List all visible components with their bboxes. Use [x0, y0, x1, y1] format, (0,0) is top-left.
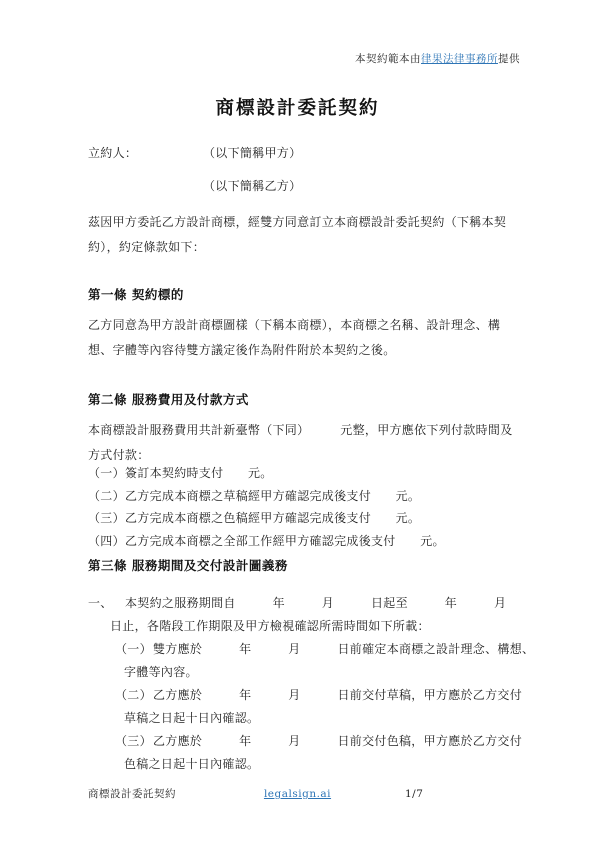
schedule-item-3-number: （三） — [115, 734, 153, 749]
preamble-line-1: 茲因甲方委託乙方設計商標，經雙方同意訂立本商標設計委託契約（下稱本契 — [88, 215, 506, 230]
schedule-item-2-line-2: 草稿之日起十日內確認。 — [124, 711, 259, 726]
service-period-line-1: 一、本契約之服務期間自 年 月 日起至 年 月 — [88, 596, 506, 611]
article-2-intro-line-2: 方式付款： — [88, 448, 150, 463]
service-period-text: 本契約之服務期間自 年 月 日起至 年 月 — [125, 596, 506, 610]
schedule-item-3-text: 乙方應於 年 月 日前交付色稿，甲方應於乙方交付 — [153, 734, 522, 748]
article-2-intro-line-1: 本商標設計服務費用共計新臺幣（下同） 元整，甲方應依下列付款時間及 — [88, 423, 513, 438]
article-1-heading: 第一條 契約標的 — [88, 287, 184, 303]
party-b-line: （以下簡稱乙方） — [203, 179, 301, 194]
service-period-number: 一、 — [88, 596, 125, 611]
page-title: 商標設計委託契約 — [0, 97, 595, 120]
schedule-item-1-line-2: 字體等內容。 — [124, 665, 198, 680]
header-note-suffix: 提供 — [498, 53, 520, 65]
footer-page-number: 1/7 — [405, 788, 423, 801]
article-2-heading: 第二條 服務費用及付款方式 — [88, 392, 249, 408]
payment-item-1-text: 簽訂本契約時支付 元。 — [125, 466, 273, 480]
schedule-item-1-line-1: （一）雙方應於 年 月 日前確定本商標之設計理念、構想、 — [115, 642, 534, 657]
payment-item-4-number: （四） — [88, 534, 125, 549]
service-period-line-2: 日止，各階段工作期限及甲方檢視確認所需時間如下所載： — [110, 619, 430, 634]
publisher-link[interactable]: 律果法律事務所 — [421, 53, 498, 65]
header-note: 本契約範本由律果法律事務所提供 — [340, 40, 520, 79]
payment-item-2-text: 乙方完成本商標之草稿經甲方確認完成後支付 元。 — [125, 489, 420, 503]
schedule-item-2-line-1: （二）乙方應於 年 月 日前交付草稿，甲方應於乙方交付 — [115, 688, 522, 703]
payment-item-3-text: 乙方完成本商標之色稿經甲方確認完成後支付 元。 — [125, 511, 420, 525]
article-1-line-2: 想、字體等內容待雙方議定後作為附件附於本契約之後。 — [88, 343, 396, 358]
payment-item-3-number: （三） — [88, 511, 125, 526]
payment-item-2-number: （二） — [88, 489, 125, 504]
footer-link[interactable]: legalsign.ai — [264, 788, 331, 800]
schedule-item-1-text: 雙方應於 年 月 日前確定本商標之設計理念、構想、 — [153, 642, 534, 656]
party-label: 立約人： — [88, 146, 137, 161]
schedule-item-1-number: （一） — [115, 642, 153, 657]
payment-item-1: （一）簽訂本契約時支付 元。 — [88, 466, 273, 481]
schedule-item-2-text: 乙方應於 年 月 日前交付草稿，甲方應於乙方交付 — [153, 688, 522, 702]
schedule-item-2-number: （二） — [115, 688, 153, 703]
article-1-line-1: 乙方同意為甲方設計商標圖樣（下稱本商標），本商標之名稱、設計理念、構 — [88, 318, 500, 333]
payment-item-2: （二）乙方完成本商標之草稿經甲方確認完成後支付 元。 — [88, 489, 420, 504]
payment-item-1-number: （一） — [88, 466, 125, 481]
payment-item-4: （四）乙方完成本商標之全部工作經甲方確認完成後支付 元。 — [88, 534, 445, 549]
payment-item-4-text: 乙方完成本商標之全部工作經甲方確認完成後支付 元。 — [125, 534, 445, 548]
schedule-item-3-line-1: （三）乙方應於 年 月 日前交付色稿，甲方應於乙方交付 — [115, 734, 522, 749]
schedule-item-3-line-2: 色稿之日起十日內確認。 — [124, 757, 259, 772]
party-a-line: （以下簡稱甲方） — [203, 146, 301, 161]
header-note-prefix: 本契約範本由 — [355, 53, 421, 65]
article-3-heading: 第三條 服務期間及交付設計圖義務 — [88, 558, 288, 574]
preamble-line-2: 約），約定條款如下： — [88, 240, 205, 255]
contract-page: 本契約範本由律果法律事務所提供 商標設計委託契約 立約人： （以下簡稱甲方） （… — [0, 0, 595, 842]
footer-link-wrap: legalsign.ai — [0, 788, 595, 801]
payment-item-3: （三）乙方完成本商標之色稿經甲方確認完成後支付 元。 — [88, 511, 420, 526]
